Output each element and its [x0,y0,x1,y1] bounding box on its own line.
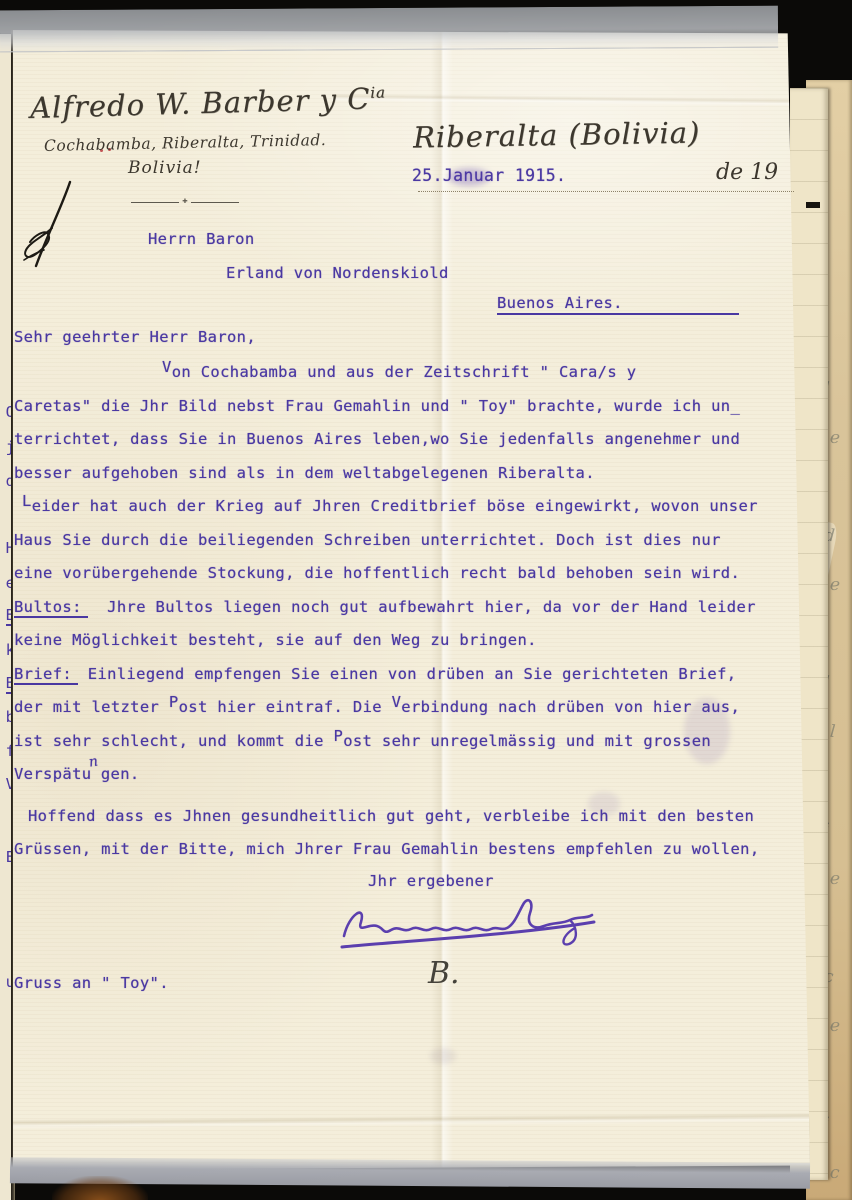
letter-line: Hoffend dass es Jhnen gesundheitlich gut… [14,800,800,834]
recipient-name: Erland von Nordenskiold [226,264,449,282]
letterhead-country: Bolivia! [128,158,202,178]
recipient-title: Herrn Baron [148,230,255,248]
letter-line: besser aufgehoben sind als in dem weltab… [14,457,800,491]
letter-body: Von Cochabamba und aus der Zeitschrift "… [14,356,800,867]
printed-year-prefix: de 19 [716,160,778,185]
letter-line: keine Möglichkeit besteht, sie auf den W… [14,624,800,658]
letterhead-locations: Cochabamba, Riberalta, Trinidad. [44,131,327,155]
letter-content: Alfredo W. Barber y Cia Cochabamba, Ribe… [0,0,852,1200]
letter-line: Leider hat auch der Krieg auf Jhren Cred… [14,490,800,524]
letter-line: Brief: Einliegend empfengen Sie einen vo… [14,658,800,692]
letter-line: Bultos: Jhre Bultos liegen noch gut aufb… [14,591,800,625]
ink-smudge [588,792,620,816]
letter-line: Caretas" die Jhr Bild nebst Frau Gemahli… [14,390,800,424]
plastic-sleeve-top [0,6,778,53]
letter-line: ist sehr schlecht, und kommt die Post se… [14,725,800,759]
letter-line: Grüssen, mit der Bitte, mich Jhrer Frau … [14,833,800,867]
postscript-greeting: Gruss an " Toy". [14,974,169,992]
postscript-initial: B. [428,956,460,991]
ink-smudge-date [448,168,490,186]
recipient-city: Buenos Aires. [497,294,739,315]
valediction: Jhr ergebener [368,872,494,890]
signature-scribble [336,894,602,956]
letterhead-place-script: Riberalta (Bolivia) [413,115,701,154]
letterhead-company-name: Alfredo W. Barber y Cia [30,81,387,125]
ink-smudge [684,698,730,764]
letterhead-divider: ✚ [131,197,239,207]
scan-light-leak [52,1176,148,1200]
company-suffix-superscript: ia [370,83,386,101]
letter-line: Haus Sie durch die beiliegenden Schreibe… [14,524,800,558]
archival-pen-mark [18,176,80,274]
salutation: Sehr geehrter Herr Baron, [14,328,256,346]
letter-line: terrichtet, dass Sie in Buenos Aires leb… [14,423,800,457]
archive-scan: tleydejlleielcetic OjdHeBkBbfVEu Alfredo… [0,0,852,1200]
letter-line: der mit letzter Post hier eintraf. Die V… [14,691,800,725]
letter-line: Verspätungen. [14,758,800,793]
ink-smudge [430,1048,456,1064]
letter-line: Von Cochabamba und aus der Zeitschrift "… [14,356,800,390]
letter-line: eine vorübergehende Stockung, die hoffen… [14,557,800,591]
